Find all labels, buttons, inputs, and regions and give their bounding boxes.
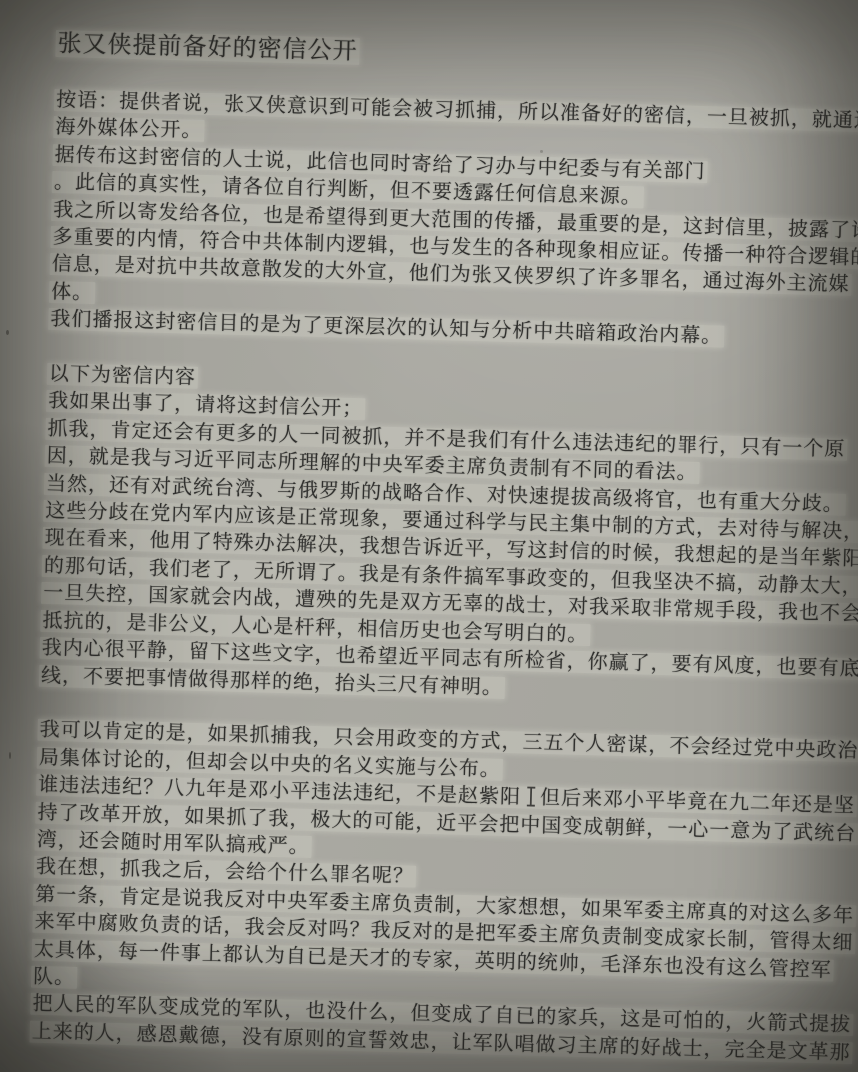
document-body: 按语：提供者说，张又侠意识到可能会被习抓捕，所以准备好的密信，一旦被抓，就通过海… — [29, 87, 854, 1067]
dust-speck-icon — [9, 752, 11, 759]
text-after-cursor: 但后来邓小平毕竟在九二年还是坚 — [540, 787, 855, 817]
highlighted-text-run: 体。 — [49, 281, 96, 304]
i-beam-text-cursor-icon — [525, 787, 538, 807]
highlighted-text-run: 队。 — [31, 966, 78, 989]
page-title: 张又侠提前备好的密信公开 — [55, 29, 856, 80]
highlighted-text-run: 湾，还会随时用军队搞戒严。 — [34, 829, 311, 858]
document-page: 张又侠提前备好的密信公开 按语：提供者说，张又侠意识到可能会被习抓捕，所以准备好… — [29, 29, 855, 1067]
dust-speck-icon — [6, 330, 9, 335]
title-text: 张又侠提前备好的密信公开 — [55, 30, 360, 65]
highlighted-text-run: 海外媒体公开。 — [53, 116, 205, 142]
highlighted-text-run: 以下为密信内容 — [47, 363, 199, 389]
photographed-screen: 张又侠提前备好的密信公开 按语：提供者说，张又侠意识到可能会被习抓捕，所以准备好… — [0, 0, 858, 1072]
